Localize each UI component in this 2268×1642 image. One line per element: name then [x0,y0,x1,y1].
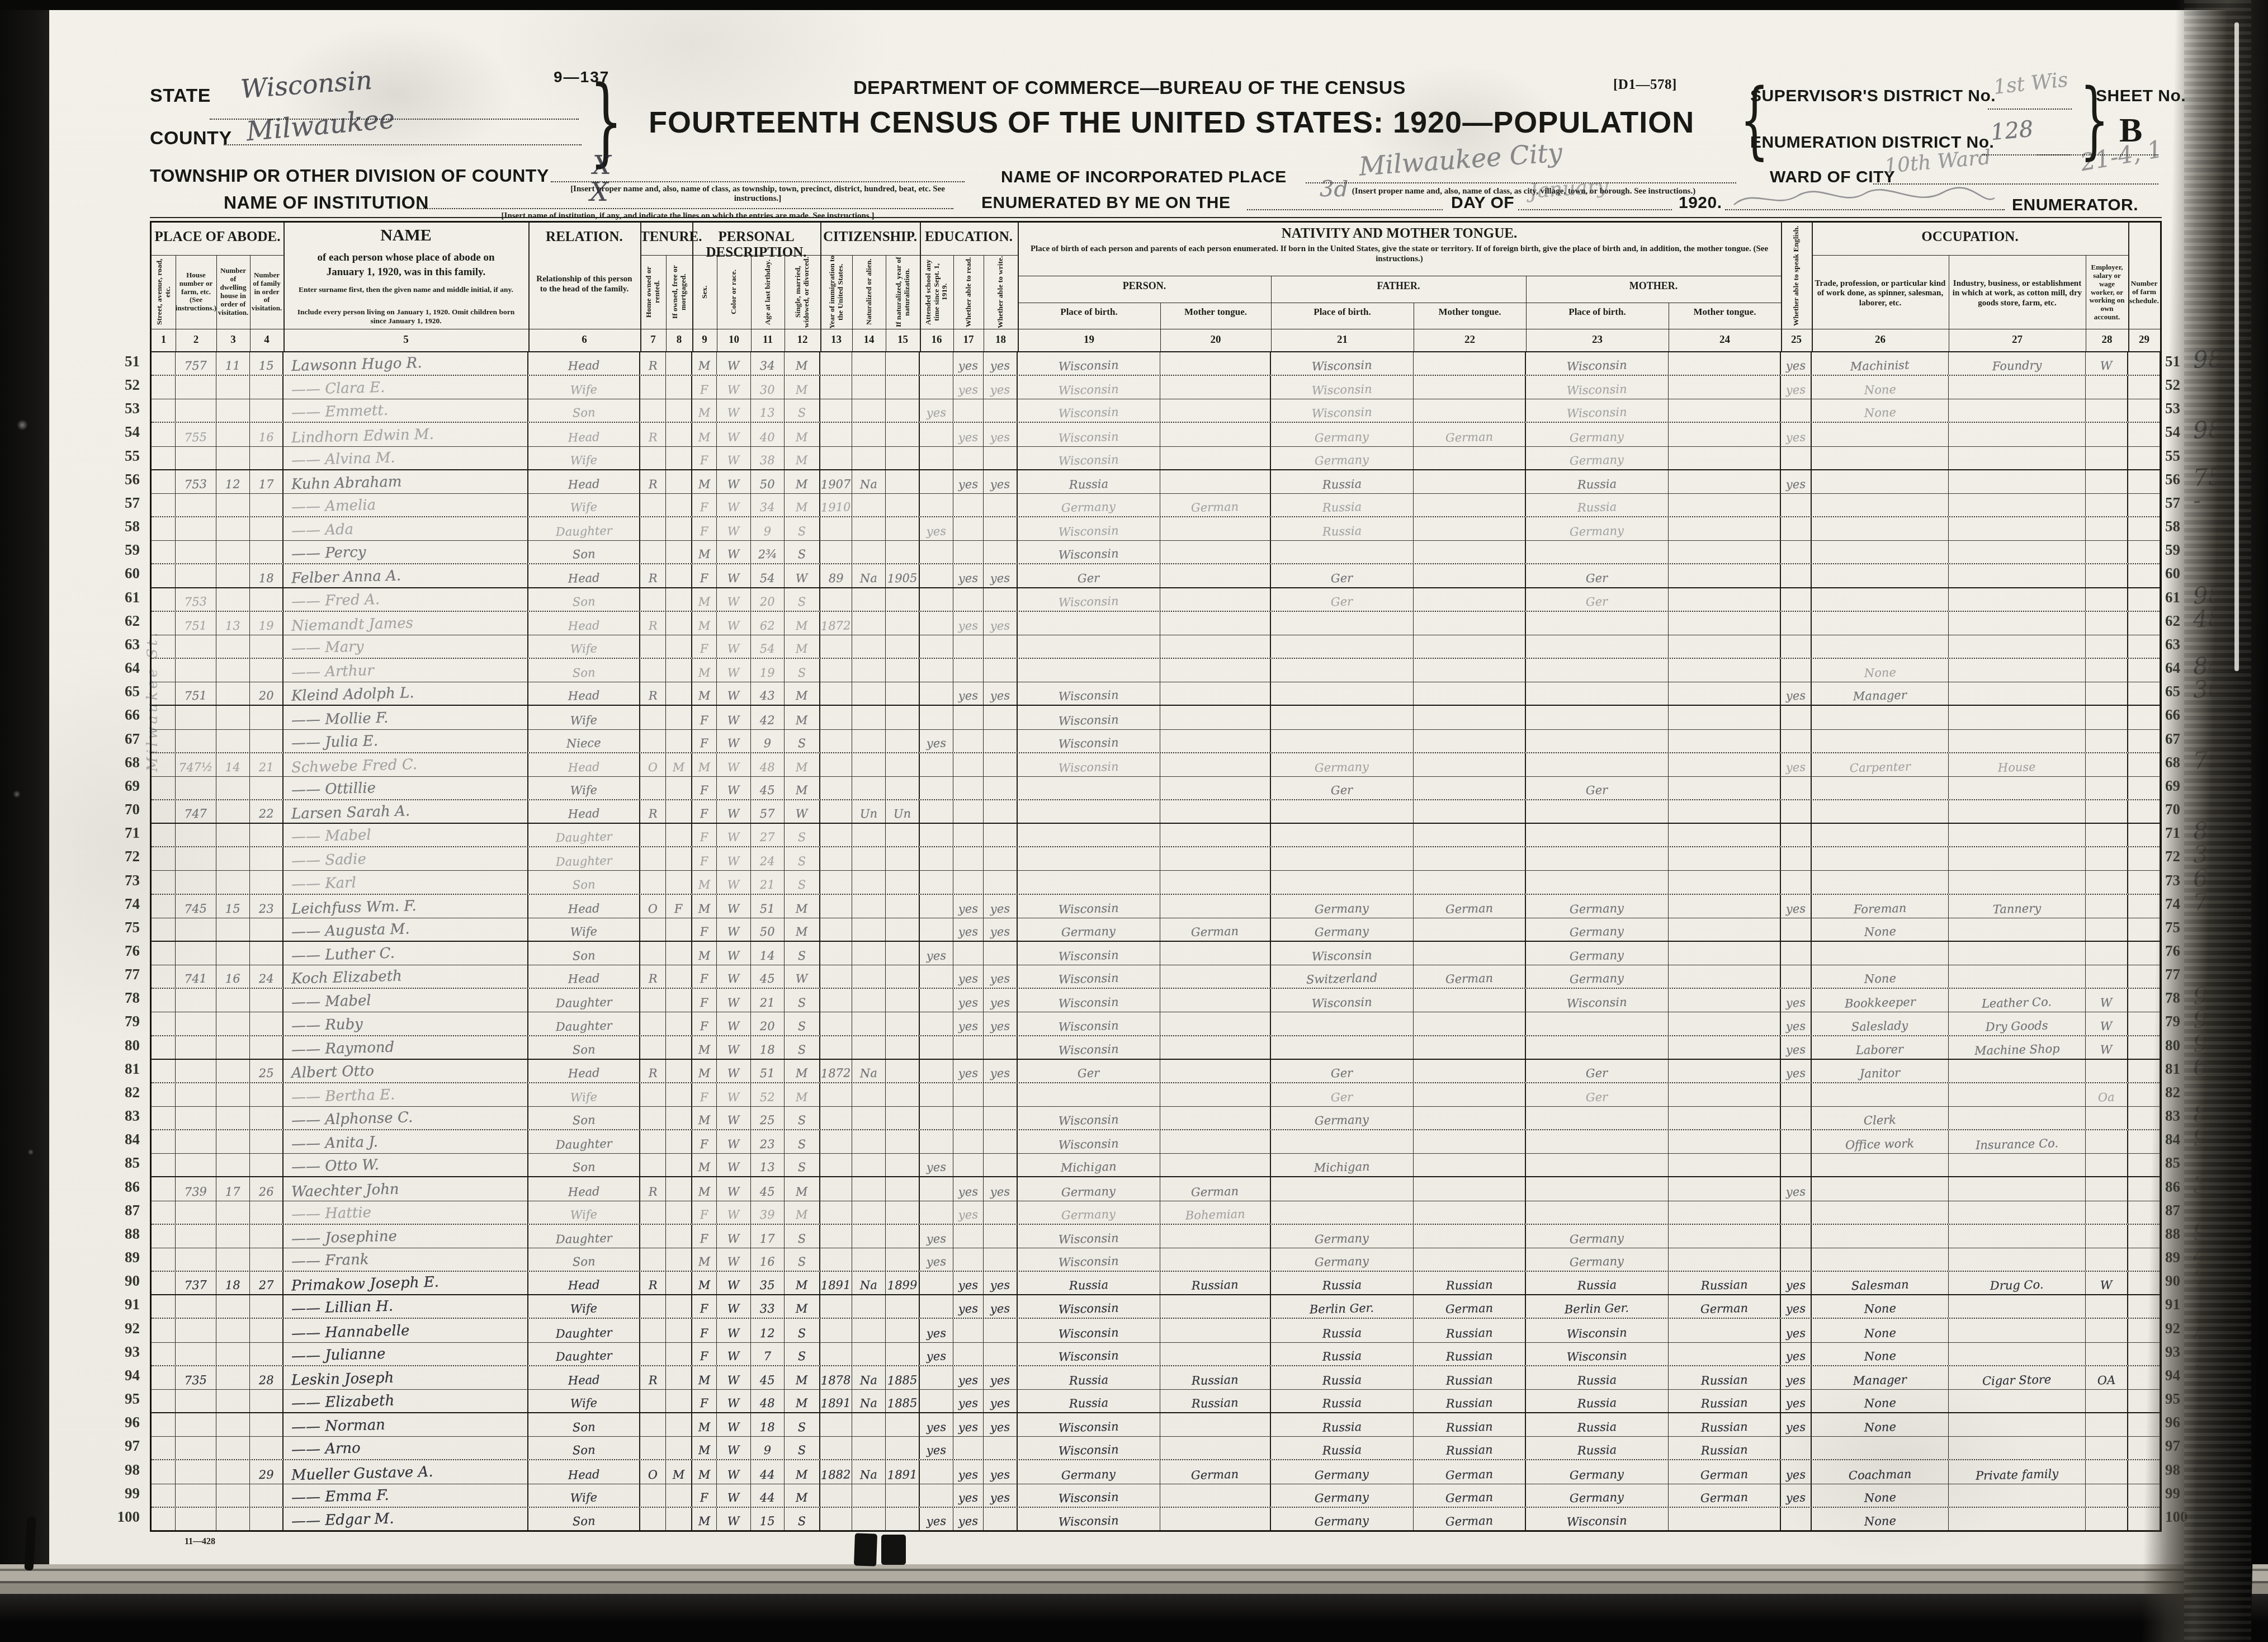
value-rd: yes [958,384,979,399]
cell-natyr [886,423,920,446]
cell-d [216,399,250,422]
cell-age: 18 [751,1036,785,1059]
cell-h: 757 [176,352,216,375]
value-pob: Wisconsin [1059,1303,1119,1319]
value-pob: Wisconsin [1059,1256,1119,1272]
cell-pob: Wisconsin [1018,423,1160,446]
cell-emp [2086,871,2128,893]
value-mar: S [797,1445,806,1459]
cell-fpob: Russia [1271,470,1414,493]
value-occ: None [1864,1492,1896,1507]
cell-natyr [886,1248,920,1271]
value-fpob: Wisconsin [1312,997,1372,1013]
cell-rel: Wife [528,447,640,469]
cell-imm [820,824,852,846]
cell-name: —— Augusta M. [283,918,528,941]
cell-f [250,1343,283,1365]
cell-pob: Russia [1018,1272,1160,1294]
value-fpob: Russia [1322,1279,1362,1295]
line-number-left: 52 [84,376,140,394]
cell-age: 30 [751,376,785,399]
cell-fmt [1414,1154,1526,1176]
cell-mt [1160,1248,1271,1271]
value-col: W [727,926,740,941]
cell-natyr [886,517,920,540]
value-pob: Wisconsin [1059,737,1119,753]
cell-h [176,1460,216,1483]
cell-fpob: Russia [1271,1366,1414,1389]
incorporated-label: NAME OF INCORPORATED PLACE [1001,168,1287,187]
col-label-16: Attended school any time since Sept. 1, … [920,255,953,329]
value-col: W [727,1280,740,1295]
cell-emp [2086,1154,2128,1176]
cell-name: Mueller Gustave A. [283,1460,528,1483]
line-number-left: 98 [84,1461,140,1479]
cell-mpob: Ger [1526,1060,1669,1082]
cell-sch: yes [920,517,953,540]
census-row-76: —— Luther C.SonMW14SyesWisconsinWisconsi… [152,942,2160,965]
cell-fmt: Russian [1414,1272,1526,1294]
cell-farm [2128,494,2160,516]
cell-nat [852,1083,886,1106]
cell-natyr [886,1083,920,1106]
value-imm: 1882 [821,1469,851,1484]
value-name: —— Norman [291,1418,386,1437]
cell-occ [1812,470,1949,493]
value-rel: Daughter [555,855,612,871]
cell-mt [1160,517,1271,540]
cell-fmt [1414,1012,1526,1035]
cell-h [176,847,216,870]
cell-fmt: German [1414,965,1526,988]
value-fpob: Germany [1315,1515,1369,1531]
cell-ind: Drug Co. [1949,1272,2086,1294]
cell-age: 51 [751,895,785,918]
value-sex: F [700,1492,708,1506]
census-row-84: —— Anita J.DaughterFW23SWisconsinOffice … [152,1130,2160,1154]
cell-sex: M [692,1272,717,1294]
cell-h [176,730,216,752]
value-col: W [727,1233,740,1248]
header-line [152,255,283,256]
cell-st [152,1437,176,1459]
value-rel: Head [568,478,599,493]
cell-f [250,1107,283,1129]
cell-nat [852,1319,886,1342]
cell-mar: S [785,517,820,540]
cell-f: 17 [250,470,283,493]
cell-mar: W [785,800,820,823]
cell-sex: F [692,447,717,469]
cell-f [250,635,283,658]
value-mar: S [797,1162,806,1176]
cell-st [152,1319,176,1342]
value-mpob: Wisconsin [1567,360,1627,376]
name-desc: of each person whose place of abode on [283,252,528,264]
cell-h [176,376,216,399]
value-sex: M [698,479,710,494]
enumerated-label: ENUMERATED BY ME ON THE [981,194,1230,213]
cell-ind [1949,1508,2086,1530]
value-col: W [727,808,740,823]
col-number-28: 28 [2086,329,2128,351]
value-natyr: 1905 [887,572,917,587]
cell-fmt [1414,635,1526,658]
cell-natyr [886,470,920,493]
cell-wr [984,1508,1018,1530]
value-mpob: Russia [1577,1444,1617,1460]
cell-pob: Wisconsin [1018,1295,1160,1318]
cell-col: W [717,1460,751,1483]
cell-rel: Head [528,564,640,587]
cell-d [216,871,250,893]
cell-ten [640,399,666,422]
township-label: TOWNSHIP OR OTHER DIVISION OF COUNTY [150,166,549,186]
cell-mar: M [785,612,820,635]
cell-natyr [886,1295,920,1318]
value-col: W [727,431,740,446]
cell-farm [2128,612,2160,635]
value-age: 25 [760,1115,775,1130]
cell-mmt [1669,753,1781,776]
cell-mpob: Russia [1526,470,1669,493]
cell-ind [1949,918,2086,941]
cell-mpob [1526,1130,1669,1153]
value-sch: yes [927,1162,947,1177]
value-sex: F [700,1327,708,1342]
value-col: W [727,549,740,564]
cell-fmt [1414,1083,1526,1106]
cell-mg [666,989,692,1012]
value-sex: F [700,832,708,846]
cell-rd: yes [953,1460,984,1483]
cell-imm [820,1177,852,1200]
cell-name: —— Edgar M. [283,1508,528,1530]
value-mpob: Germany [1570,950,1624,966]
cell-sex: F [692,1225,717,1248]
cell-ind [1949,635,2086,658]
cell-natyr [886,1177,920,1200]
cell-pob: Wisconsin [1018,541,1160,563]
cell-rd [953,635,984,658]
cell-wr: yes [984,470,1018,493]
cell-sex: M [692,399,717,422]
cell-mpob: Russia [1526,494,1669,516]
value-fpob: Switzerland [1306,973,1378,989]
cell-mpob [1526,612,1669,635]
line-number-left: 58 [84,518,140,535]
value-rel: Son [572,1515,595,1530]
cell-mg [666,682,692,705]
value-rel: Daughter [555,1327,612,1343]
cell-sch [920,682,953,705]
cell-emp [2086,824,2128,846]
line-number-left: 80 [84,1037,140,1054]
value-age: 30 [760,384,775,399]
nativity-sub-pob: Place of birth. [1018,306,1160,318]
cell-ind [1949,730,2086,752]
cell-farm [2128,706,2160,729]
value-mar: W [796,572,808,587]
value-sex: F [700,502,708,516]
cell-emp [2086,1460,2128,1483]
cell-age: 50 [751,918,785,941]
cell-eng [1781,1083,1812,1106]
value-col: W [727,384,740,399]
value-fpob: Russia [1322,525,1362,541]
cell-mt [1160,847,1271,870]
value-age: 57 [760,808,775,823]
cell-eng: yes [1781,376,1812,399]
footer-form-code: 11—428 [185,1537,215,1547]
cell-emp [2086,494,2128,516]
cell-mmt [1669,588,1781,611]
cell-col: W [717,612,751,635]
cell-col: W [717,847,751,870]
value-mar: S [797,997,806,1012]
cell-occ: None [1812,1295,1949,1318]
cell-age: 45 [751,1366,785,1389]
cell-col: W [717,706,751,729]
cell-h [176,635,216,658]
cell-col: W [717,1366,751,1389]
cell-imm: 1891 [820,1272,852,1294]
cell-rel: Wife [528,494,640,516]
cell-pob: Russia [1018,1390,1160,1412]
cell-ind [1949,423,2086,446]
census-row-67: —— Julia E.NieceFW9SyesWisconsin [152,730,2160,753]
cell-natyr [886,965,920,988]
cell-mpob [1526,730,1669,752]
cell-sex: M [692,1248,717,1271]
cell-mg [666,612,692,635]
line-number-left: 99 [84,1485,140,1502]
cell-mmt [1669,1083,1781,1106]
cell-d [216,777,250,799]
census-row-83: —— Alphonse C.SonMW25SWisconsinGermanyCl… [152,1107,2160,1130]
cell-mar: M [785,470,820,493]
cell-rel: Son [528,942,640,965]
cell-rd [953,800,984,823]
value-name: —— Ada [291,522,354,541]
line-number-left: 69 [84,777,140,795]
census-row-62: 7511319Niemandt JamesHeadRMW62M1872yesye… [152,612,2160,635]
cell-col: W [717,1201,751,1224]
cell-d [216,1201,250,1224]
cell-sex: M [692,423,717,446]
cell-natyr [886,895,920,918]
cell-imm [820,682,852,705]
cell-farm [2128,352,2160,375]
cell-d [216,1508,250,1530]
cell-fpob: Russia [1271,1390,1414,1412]
cell-sch [920,1272,953,1294]
value-col: W [727,1327,740,1342]
value-age: 54 [760,572,775,587]
cell-sch [920,1484,953,1507]
cell-nat [852,918,886,941]
cell-mar: M [785,352,820,375]
value-fmt: German [1445,1515,1494,1531]
value-h: 745 [185,903,207,918]
value-sex: M [698,903,710,918]
value-rd: yes [958,997,979,1012]
value-rd: yes [958,973,979,988]
cell-mt: German [1160,1460,1271,1483]
cell-col: W [717,659,751,682]
value-ten: O [648,1469,658,1483]
cell-sch [920,1366,953,1389]
cell-eng [1781,588,1812,611]
cell-fmt [1414,588,1526,611]
cell-ten [640,1508,666,1530]
cell-wr [984,494,1018,516]
value-col: W [727,690,740,705]
cell-name: Niemandt James [283,612,528,635]
cell-ten: O [640,753,666,776]
cell-mt [1160,564,1271,587]
value-fpob: Russia [1322,1444,1362,1460]
cell-d [216,1437,250,1459]
cell-age: 19 [751,659,785,682]
agency-title: DEPARTMENT OF COMMERCE—BUREAU OF THE CEN… [800,77,1459,99]
cell-fpob [1271,659,1414,682]
cell-ind [1949,706,2086,729]
value-pob: Germany [1061,926,1116,942]
cell-sex: M [692,352,717,375]
cell-name: —— Hannabelle [283,1319,528,1342]
cell-mt [1160,1413,1271,1436]
cell-d [216,1130,250,1153]
col-label-14: Naturalized or alien. [852,255,886,329]
name-desc: Enter surname first, then the given name… [289,285,523,294]
cell-natyr [886,612,920,635]
census-row-59: —— PercySonMW2¾SWisconsin [152,541,2160,564]
census-row-92: —— HannabelleDaughterFW12SyesWisconsinRu… [152,1319,2160,1342]
value-mg: M [672,762,684,777]
cell-rel: Daughter [528,824,640,846]
cell-emp: W [2086,1036,2128,1059]
value-sex: F [700,1303,708,1318]
cell-fpob [1271,706,1414,729]
cell-natyr [886,1508,920,1530]
cell-mmt [1669,800,1781,823]
cell-mg: M [666,1460,692,1483]
cell-sex: M [692,1508,717,1530]
cell-occ [1812,564,1949,587]
value-age: 48 [760,761,775,776]
cell-name: —— Emmett. [283,399,528,422]
value-mar: M [796,455,808,470]
value-f: 23 [258,903,273,918]
cell-fmt [1414,541,1526,563]
value-name: —— Frank [291,1252,369,1272]
cell-sex: M [692,1036,717,1059]
census-row-58: —— AdaDaughterFW9SyesWisconsinRussiaGerm… [152,517,2160,541]
cell-col: W [717,989,751,1012]
cell-age: 34 [751,352,785,375]
value-ten: R [648,808,657,823]
col-number-10: 10 [717,329,751,351]
cell-sex: F [692,635,717,658]
cell-pob: Germany [1018,1460,1160,1483]
value-rel: Head [568,761,599,776]
cell-imm: 89 [820,564,852,587]
cell-mpob [1526,1012,1669,1035]
cell-nat: Un [852,800,886,823]
value-wr: yes [990,478,1010,493]
cell-fpob [1271,1036,1414,1059]
line-number-left: 87 [84,1202,140,1219]
cell-mg [666,1390,692,1412]
county-label: COUNTY [150,128,232,149]
value-age: 9 [763,1445,771,1459]
cell-col: W [717,1107,751,1129]
cell-mt [1160,1225,1271,1248]
value-pob: Wisconsin [1059,548,1119,564]
line-number-left: 100 [84,1508,140,1526]
cell-ind: Tannery [1949,895,2086,918]
value-sex: M [698,690,710,705]
census-row-90: 7371827Primakow Joseph E.HeadRMW35M1891N… [152,1272,2160,1295]
cell-h [176,1060,216,1082]
value-age: 42 [760,714,775,729]
value-mar: M [796,1068,808,1083]
cell-wr: yes [984,1390,1018,1412]
cell-fpob: Germany [1271,753,1414,776]
cell-farm [2128,918,2160,941]
cell-rd [953,1225,984,1248]
cell-h [176,494,216,516]
value-mar: S [797,1422,806,1436]
cell-h [176,1154,216,1176]
cell-ind [1949,800,2086,823]
cell-f [250,989,283,1012]
cell-eng [1781,965,1812,988]
cell-mar: M [785,777,820,799]
cell-natyr [886,1012,920,1035]
value-col: W [727,1398,740,1413]
value-natyr: 1885 [887,1397,917,1412]
value-fpob: Germany [1315,1256,1369,1272]
value-col: W [727,455,740,470]
cell-rd [953,777,984,799]
value-mpob: Wisconsin [1567,997,1627,1013]
cell-natyr: 1899 [886,1272,920,1294]
cell-ind [1949,470,2086,493]
cell-mar: M [785,1295,820,1318]
cell-wr: yes [984,918,1018,941]
cell-h [176,824,216,846]
cell-mar: W [785,564,820,587]
value-name: —— Alvina M. [291,450,396,470]
cell-mg [666,1201,692,1224]
cell-emp [2086,1484,2128,1507]
col-number-27: 27 [1949,329,2086,351]
cell-occ: Saleslady [1812,1012,1949,1035]
value-mar: M [796,1398,808,1413]
cell-natyr [886,847,920,870]
cell-age: 13 [751,1154,785,1176]
value-sex: F [700,997,708,1012]
cell-mg [666,777,692,799]
value-name: —— Alphonse C. [291,1110,413,1131]
cell-sch [920,376,953,399]
value-occ: Bookkeeper [1844,997,1916,1013]
cell-st [152,376,176,399]
value-rd: yes [958,1303,979,1318]
value-fmt: German [1445,1468,1494,1484]
